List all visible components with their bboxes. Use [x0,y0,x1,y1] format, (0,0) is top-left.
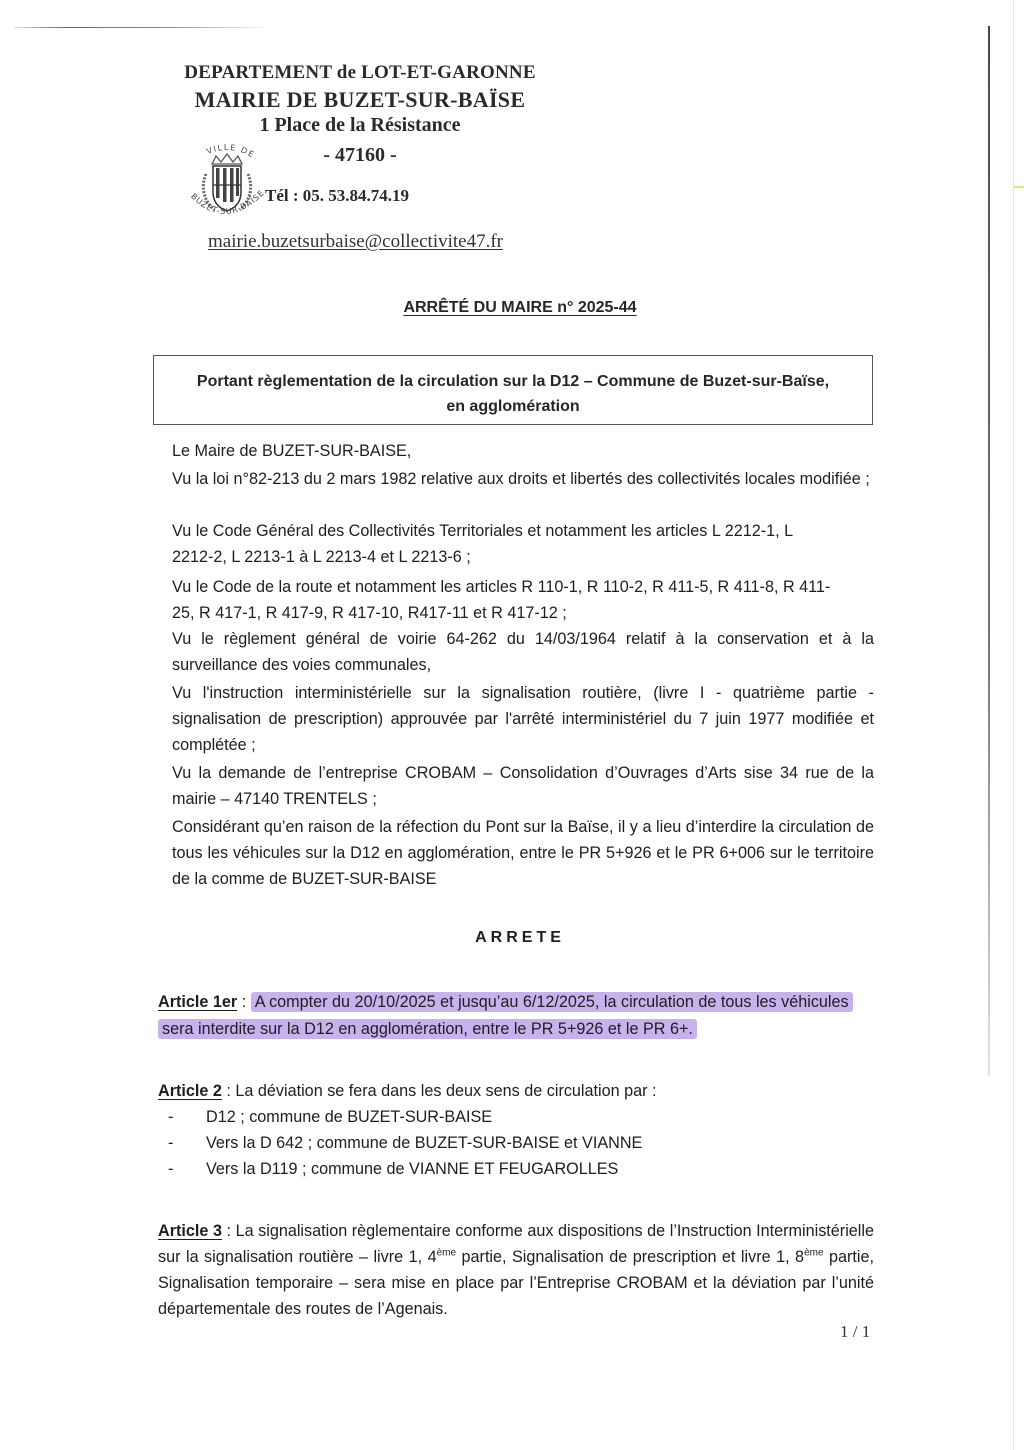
detour-list: D12 ; commune de BUZET-SUR-BAISE Vers la… [158,1104,874,1182]
article-2-label: Article 2 [158,1082,222,1100]
phone-number: Tél : 05. 53.84.74.19 [265,186,409,206]
preamble-mayor: Le Maire de BUZET-SUR-BAISE, [158,438,874,464]
article-1: Article 1er : A compter du 20/10/2025 et… [158,989,874,1043]
detour-item: D12 ; commune de BUZET-SUR-BAISE [158,1104,874,1130]
department-name: DEPARTEMENT de LOT-ET-GARONNE [160,62,560,84]
article-3: Article 3 : La signalisation règlementai… [158,1218,874,1322]
article-2: Article 2 : La déviation se fera dans le… [158,1078,874,1182]
subject-line-2: en agglomération [153,394,873,419]
detour-item: Vers la D 642 ; commune de BUZET-SUR-BAI… [158,1130,874,1156]
page-number: 1 / 1 [840,1322,870,1342]
subject-text: Portant règlementation de la circulation… [153,369,873,419]
article-1-label: Article 1er [158,993,237,1011]
subject-line-1: Portant règlementation de la circulation… [153,369,873,394]
article-1-highlighted-text: A compter du 20/10/2025 et jusqu’au 6/12… [158,992,853,1039]
scan-rule-top [14,27,264,28]
decision-heading: ARRETE [150,929,890,947]
scan-rule-right [988,26,990,1076]
email-link[interactable]: mairie.buzetsurbaise@collectivite47.fr [208,231,503,253]
preamble-voirie: Vu le règlement général de voirie 64-262… [158,626,874,678]
document-title: ARRÊTÉ DU MAIRE n° 2025-44 [150,299,890,317]
preamble-considerant: Considérant qu’en raison de la réfection… [158,814,874,892]
postal-code: - 47160 - [260,144,460,167]
mairie-name: MAIRIE DE BUZET-SUR-BAÏSE [160,87,560,113]
coat-of-arms-icon: VILLE DE BUZET-SUR-BAÏSE [184,138,270,230]
preamble-code-route: Vu le Code de la route et notamment les … [158,574,874,626]
preamble-cgct: Vu le Code Général des Collectivités Ter… [158,518,874,570]
preamble-demande: Vu la demande de l’entreprise CROBAM – C… [158,760,874,812]
page-edge [1013,0,1014,1450]
preamble-instruction: Vu l'instruction interministérielle sur … [158,680,874,758]
mairie-address: 1 Place de la Résistance [160,114,560,137]
article-2-text: La déviation se fera dans les deux sens … [235,1082,656,1100]
detour-item: Vers la D119 ; commune de VIANNE ET FEUG… [158,1156,874,1182]
svg-text:VILLE DE: VILLE DE [205,143,256,160]
preamble-law: Vu la loi n°82-213 du 2 mars 1982 relati… [158,466,874,492]
article-3-label: Article 3 [158,1222,222,1240]
scan-mark [1014,186,1024,188]
